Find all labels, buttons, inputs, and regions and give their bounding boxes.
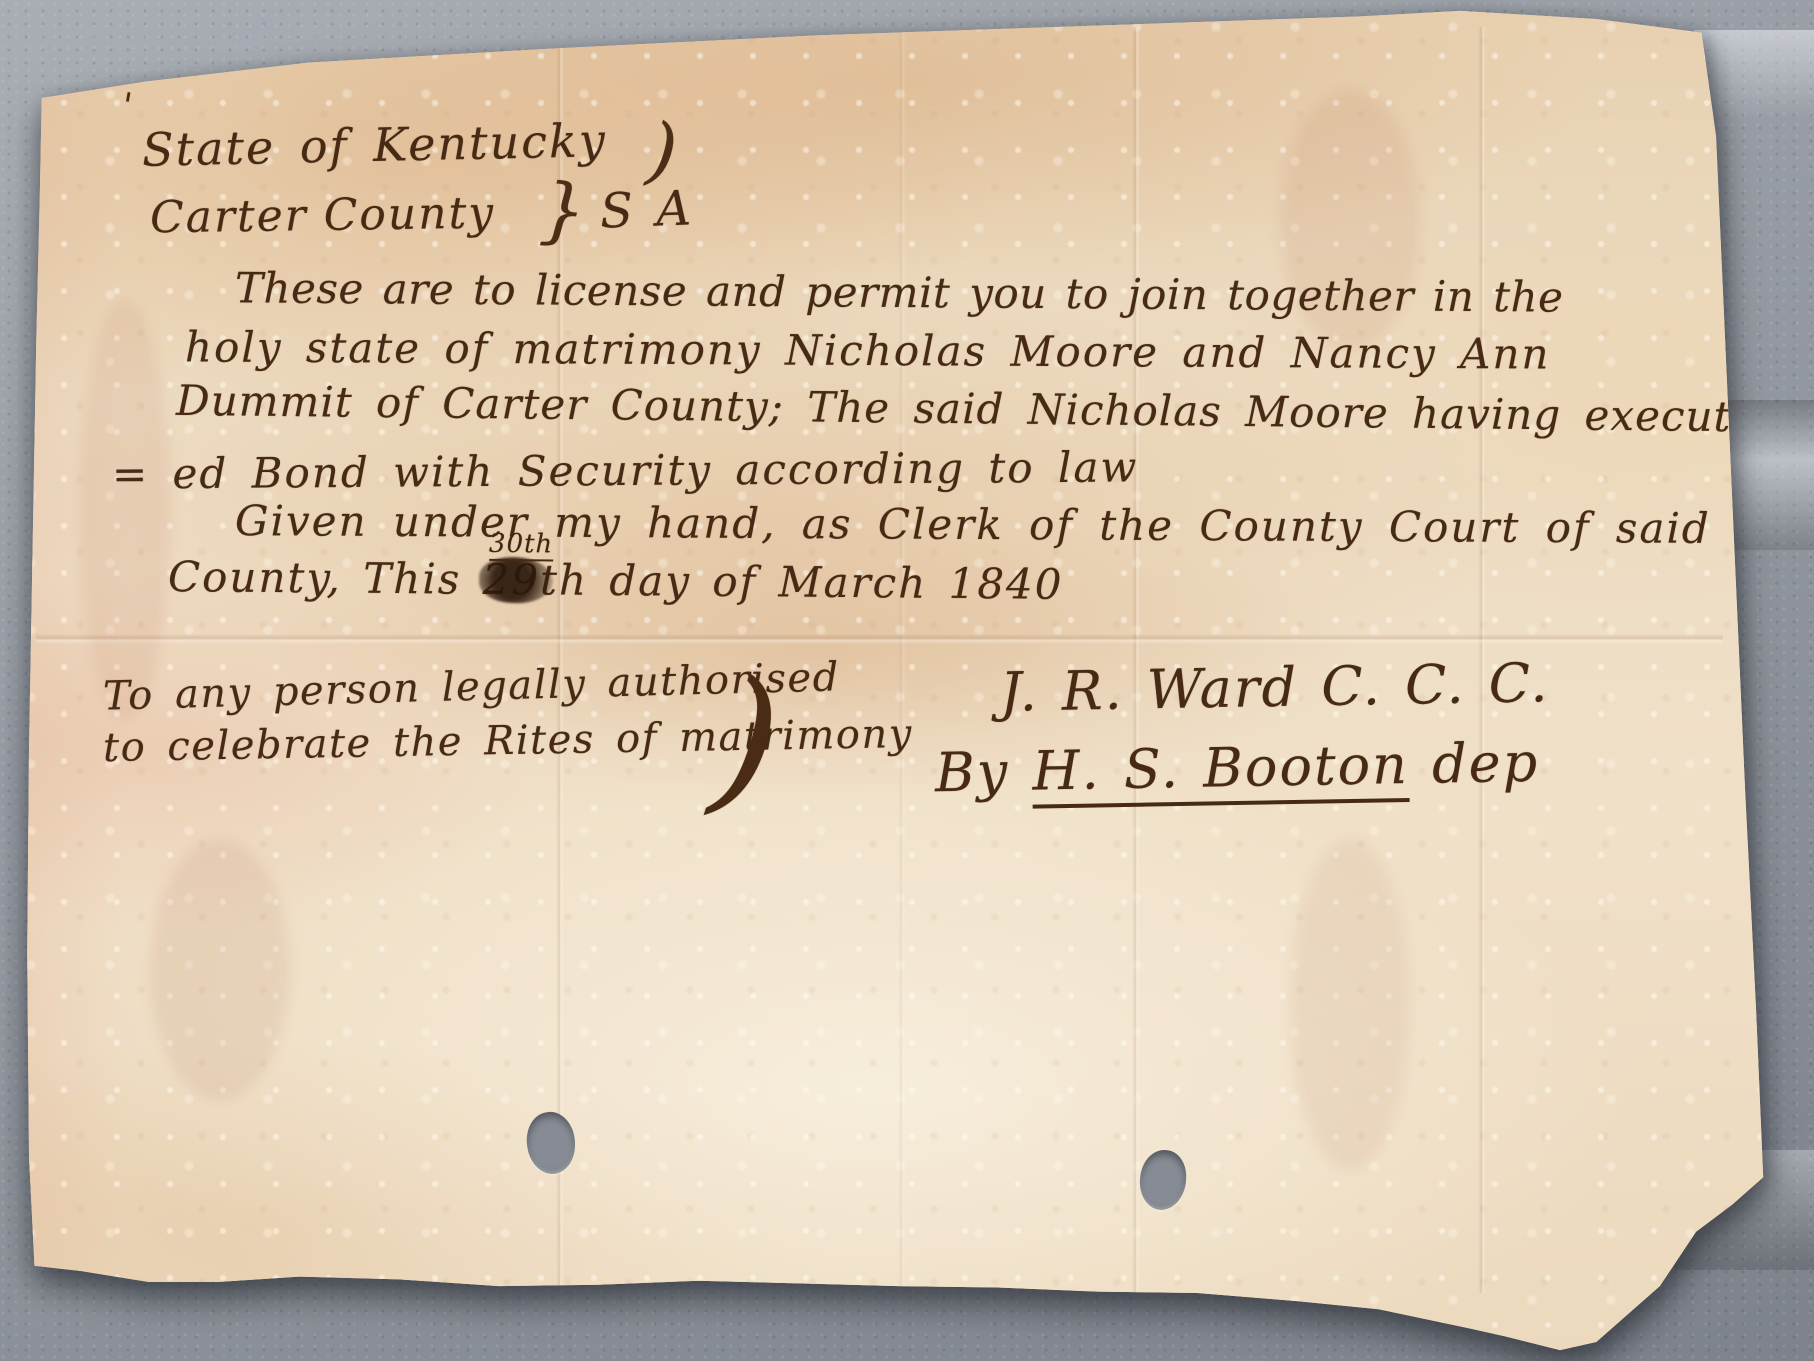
deputy-name: H. S. Booton bbox=[1032, 733, 1410, 809]
body-line-3: Dummit of Carter County; The said Nichol… bbox=[176, 376, 1732, 441]
punch-hole bbox=[1137, 1148, 1189, 1212]
body-line-1: These are to license and permit you to j… bbox=[235, 263, 1564, 321]
punch-hole bbox=[523, 1109, 579, 1177]
clerk-signature: J. R. Ward C. C. C. bbox=[999, 651, 1549, 724]
stray-ink-mark: ' bbox=[119, 85, 135, 126]
header-state-line: State of Kentucky bbox=[141, 113, 607, 177]
corrected-day-number: 30th bbox=[489, 529, 554, 562]
ink-blot bbox=[478, 557, 552, 604]
paper-shadow-wrap: ' State of Kentucky ) Carter County } S … bbox=[0, 0, 1814, 1361]
vertical-fold-crease bbox=[898, 27, 906, 1293]
deputy-by: By bbox=[934, 740, 1032, 805]
closing-line-2: to celebrate the Rites of matrimony bbox=[103, 711, 913, 771]
deputy-title: dep bbox=[1408, 731, 1539, 796]
deputy-signature: By H. S. Booton dep bbox=[934, 731, 1539, 805]
ink-bleedthrough-smudge bbox=[80, 300, 170, 720]
body-line-2: holy state of matrimony Nicholas Moore a… bbox=[185, 322, 1551, 378]
marriage-license-paper: ' State of Kentucky ) Carter County } S … bbox=[0, 0, 1814, 1361]
body-line-5: Given under my hand, as Clerk of the Cou… bbox=[235, 496, 1711, 553]
header-county-line: Carter County bbox=[150, 188, 496, 244]
date-line-prefix: County, This bbox=[168, 552, 483, 604]
body-date-line: County, This 29th30th day of March 1840 bbox=[168, 552, 1064, 609]
body-line-4: = ed Bond with Security according to law bbox=[112, 442, 1139, 498]
header-county-brace: } bbox=[537, 167, 589, 254]
ink-bleedthrough-smudge bbox=[1290, 840, 1410, 1170]
header-sct-mark: S A bbox=[599, 180, 696, 239]
date-line-suffix: day of March 1840 bbox=[588, 556, 1064, 609]
struck-day-number: 29th30th bbox=[482, 555, 588, 605]
horizontal-fold-crease bbox=[36, 634, 1723, 644]
ink-bleedthrough-smudge bbox=[150, 840, 290, 1100]
photo-of-document: ' State of Kentucky ) Carter County } S … bbox=[0, 0, 1814, 1361]
